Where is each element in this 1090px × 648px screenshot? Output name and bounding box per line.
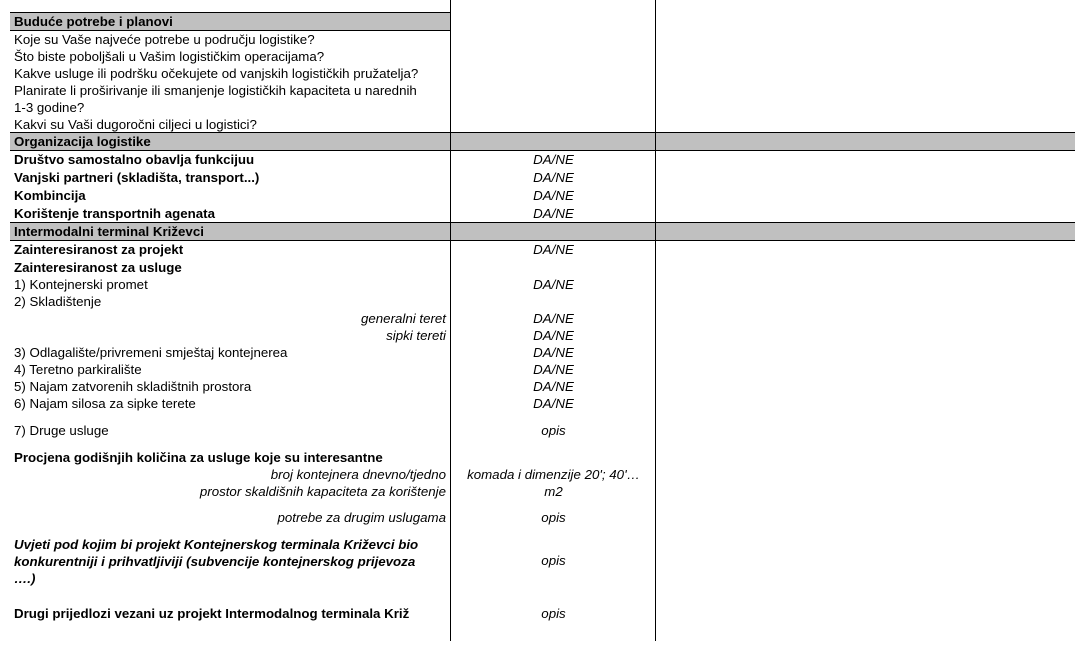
service-label: 6) Najam silosa za sipke terete — [14, 395, 196, 412]
question-cell[interactable]: Planirate li proširivanje ili smanjenje … — [14, 82, 417, 99]
estimate-title: Procjena godišnjih količina za usluge ko… — [14, 449, 383, 466]
question-cell[interactable]: Što biste poboljšali u Vašim logističkim… — [14, 48, 324, 65]
service-sublabel: generalni teret — [10, 310, 446, 327]
section-header-logistics-org — [10, 132, 1075, 151]
service-value[interactable]: DA/NE — [452, 276, 655, 293]
service-value[interactable]: DA/NE — [452, 310, 655, 327]
conditions-label: konkurentniji i prihvatljiviji (subvenci… — [14, 553, 415, 570]
row-value[interactable]: DA/NE — [452, 241, 655, 258]
estimate-label: potrebe za drugim uslugama — [10, 509, 446, 526]
proposals-label: Drugi prijedlozi vezani uz projekt Inter… — [14, 605, 450, 622]
service-label: 2) Skladištenje — [14, 293, 101, 310]
service-sublabel: sipki tereti — [10, 327, 446, 344]
estimate-label: prostor skaldišnih kapaciteta za korište… — [10, 483, 446, 500]
conditions-label: ….) — [14, 570, 35, 587]
service-value[interactable]: DA/NE — [452, 395, 655, 412]
estimate-value[interactable]: komada i dimenzije 20'; 40'… — [452, 466, 655, 483]
service-label: 4) Teretno parkiralište — [14, 361, 142, 378]
row-value[interactable]: DA/NE — [452, 187, 655, 204]
row-value[interactable]: DA/NE — [452, 169, 655, 186]
estimate-label: broj kontejnera dnevno/tjedno — [10, 466, 446, 483]
proposals-value[interactable]: opis — [452, 605, 655, 622]
question-cell[interactable]: Koje su Vaše najveće potrebe u području … — [14, 31, 315, 48]
service-label: 5) Najam zatvorenih skladištnih prostora — [14, 378, 251, 395]
service-label: 7) Druge usluge — [14, 422, 109, 439]
service-label: 1) Kontejnerski promet — [14, 276, 148, 293]
row-label: Kombincija — [14, 187, 86, 204]
section-title-logistics-org: Organizacija logistike — [14, 133, 151, 150]
estimate-value[interactable]: m2 — [452, 483, 655, 500]
section-title-intermodal-terminal: Intermodalni terminal Križevci — [14, 223, 204, 240]
question-cell[interactable]: Kakve usluge ili podršku očekujete od va… — [14, 65, 418, 82]
row-label: Zainteresiranost za projekt — [14, 241, 183, 258]
estimate-value[interactable]: opis — [452, 509, 655, 526]
question-cell[interactable]: Kakvi su Vaši dugoročni ciljeci u logist… — [14, 116, 257, 133]
row-value[interactable]: DA/NE — [452, 205, 655, 222]
column-divider-1 — [450, 0, 451, 641]
service-value[interactable]: DA/NE — [452, 378, 655, 395]
service-value[interactable]: opis — [452, 422, 655, 439]
conditions-label: Uvjeti pod kojim bi projekt Kontejnersko… — [14, 536, 418, 553]
service-value[interactable]: DA/NE — [452, 327, 655, 344]
column-divider-2 — [655, 0, 656, 641]
row-label: Vanjski partneri (skladišta, transport..… — [14, 169, 259, 186]
conditions-value[interactable]: opis — [452, 552, 655, 569]
row-label: Zainteresiranost za usluge — [14, 259, 182, 276]
row-label: Korištenje transportnih agenata — [14, 205, 215, 222]
section-title-future-needs: Buduće potrebe i planovi — [14, 13, 173, 30]
service-value[interactable]: DA/NE — [452, 361, 655, 378]
service-label: 3) Odlagalište/privremeni smještaj konte… — [14, 344, 287, 361]
question-cell[interactable]: 1-3 godine? — [14, 99, 84, 116]
row-value[interactable]: DA/NE — [452, 151, 655, 168]
row-label: Društvo samostalno obavlja funkcijuu — [14, 151, 254, 168]
service-value[interactable]: DA/NE — [452, 344, 655, 361]
